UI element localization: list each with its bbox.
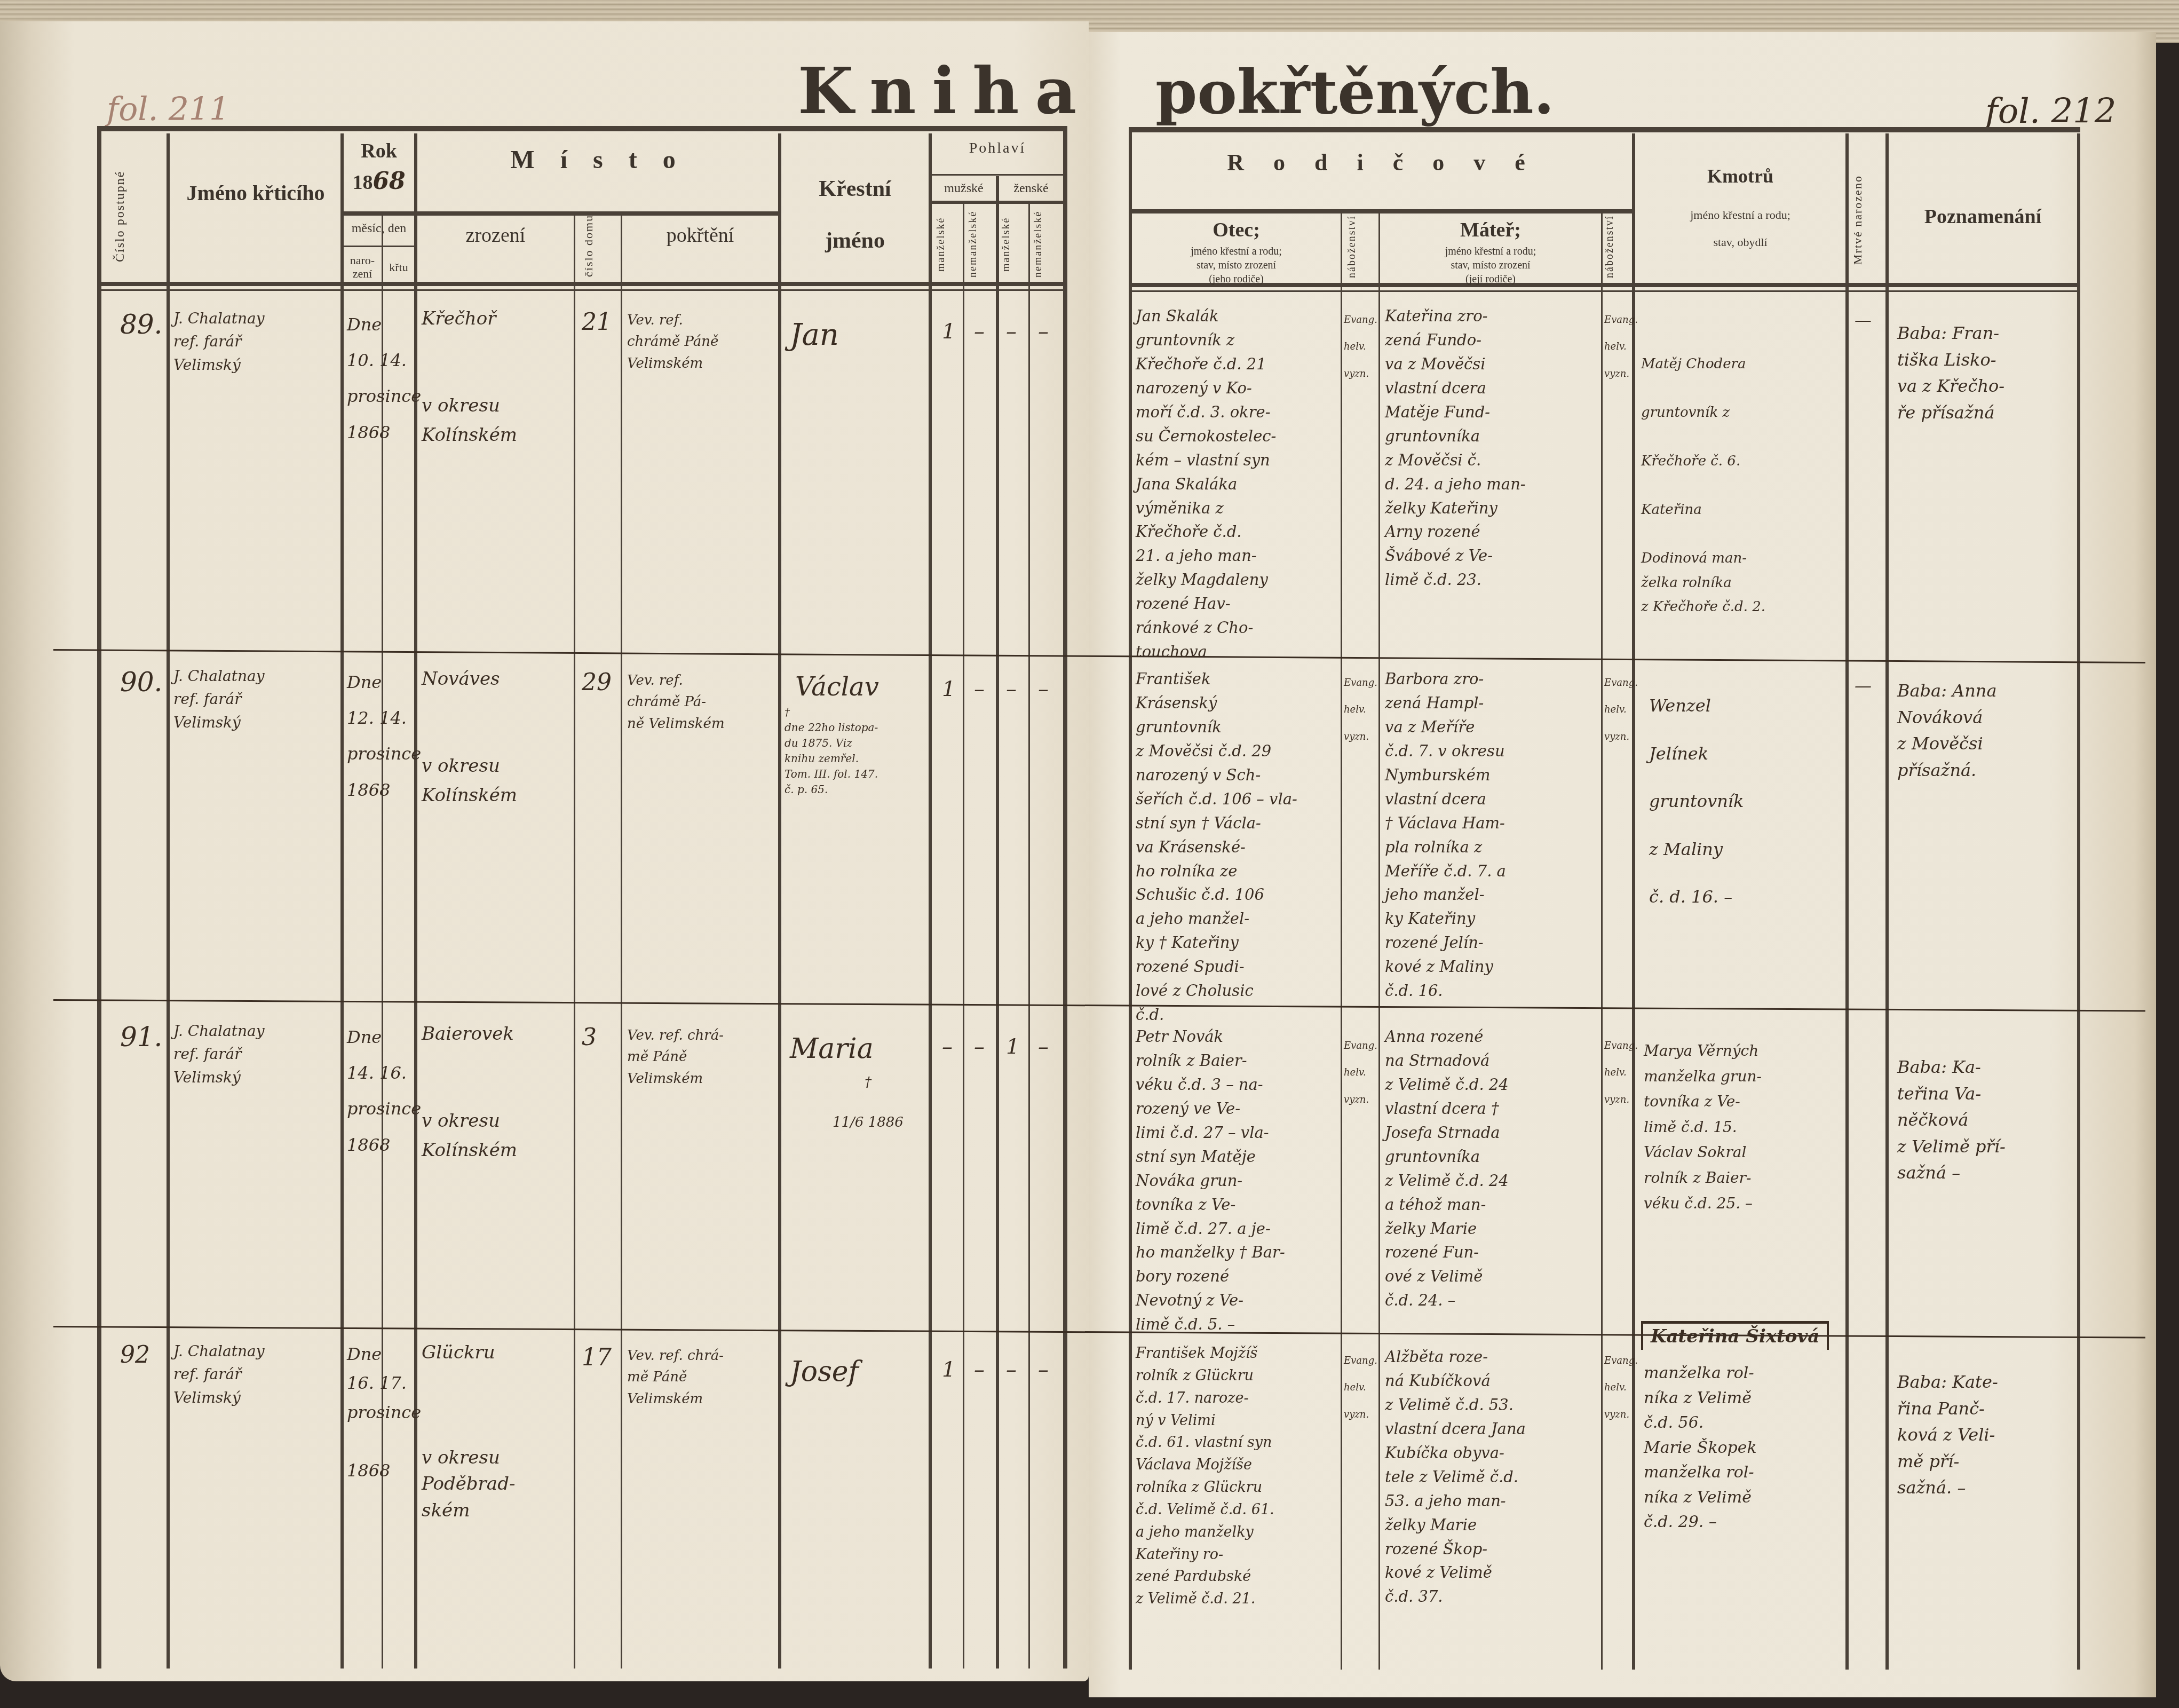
- entry-father: Jan Skalák gruntovník z Křečhoře č.d. 21…: [1136, 304, 1276, 664]
- entry-remarks: Baba: Anna Nováková z Mověčsi přísažná.: [1897, 678, 1997, 784]
- entry-stillborn: —: [1855, 307, 1872, 334]
- entry-birthplace: Nováves v okresu Kolínském: [422, 665, 517, 810]
- header-manzelske-m: manželské: [935, 208, 962, 280]
- entry-father: František Krásenský gruntovník z Mověčsi…: [1136, 667, 1297, 1027]
- sex-legit-male: 1: [942, 1353, 955, 1386]
- sex-legit-male: –: [942, 1030, 953, 1063]
- sex-legit-female: –: [1006, 1353, 1017, 1386]
- header-nabozenstvi-otec: náboženství: [1346, 213, 1375, 280]
- header-otec: Otec;: [1132, 219, 1341, 242]
- header-nabozenstvi-mater: náboženství: [1604, 213, 1630, 280]
- entry-number: 91.: [120, 1017, 163, 1058]
- entry-date: Dne 14. 16. prosince 1868: [347, 1019, 421, 1163]
- entry-mother-religion: Evang. helv. vyzn.: [1604, 1348, 1638, 1428]
- entry-given-name: Jan: [790, 312, 839, 359]
- header-mater: Máteř;: [1380, 219, 1601, 242]
- entry-baptism-place: Vev. ref. chrámě Páně Velimském: [627, 310, 719, 374]
- sex-illegit-male: –: [974, 1030, 985, 1063]
- sex-legit-female: –: [1006, 315, 1017, 348]
- sex-legit-male: 1: [942, 673, 955, 706]
- entry-baptizer: J. Chalatnay ref. farář Velimský: [173, 307, 339, 376]
- entry-godparent-boxed: Kateřina Šixtová: [1641, 1321, 1829, 1350]
- entry-father: František Mojžíš rolník z Glückru č.d. 1…: [1136, 1342, 1274, 1610]
- entry-godparents: Marya Věrných manželka grun- tovníka z V…: [1644, 1038, 1762, 1216]
- header-krtu: křtu: [383, 260, 414, 274]
- entry-birthplace: Křečhoř v okresu Kolínském: [422, 304, 517, 449]
- sex-illegit-female: –: [1038, 1030, 1049, 1063]
- entry-godparents: Matěj Chodera gruntovník z Křečhoře č. 6…: [1641, 352, 1765, 620]
- sex-legit-female: –: [1006, 673, 1017, 706]
- entry-mother-religion: Evang. helv. vyzn.: [1604, 307, 1638, 388]
- header-narozeni: naro- zení: [343, 254, 382, 281]
- header-nemanzelske-z: nemanželské: [1032, 208, 1059, 280]
- entry-baptism-place: Vev. ref. chrá- mě Páně Velimském: [627, 1025, 724, 1089]
- sex-illegit-female: –: [1038, 315, 1049, 348]
- entry-father-religion: Evang. helv. vyzn.: [1344, 1033, 1377, 1113]
- sex-illegit-male: –: [974, 673, 985, 706]
- header-mesic-den: měsíc, den: [344, 222, 414, 236]
- entry-house-number: 29: [582, 665, 612, 701]
- sex-illegit-female: –: [1038, 673, 1049, 706]
- entry-birthplace: Baierovek v okresu Kolínském: [422, 1019, 517, 1165]
- entry-house-number: 3: [582, 1019, 597, 1056]
- header-rok: Rok1868: [344, 140, 414, 200]
- entry-given-name: Maria: [790, 1027, 874, 1071]
- entry-remarks: Baba: Fran- tiška Lisko- va z Křečho- ře…: [1897, 320, 2004, 426]
- entry-birthplace: Glückru v okresu Poděbrad- ském: [422, 1340, 515, 1524]
- header-kmotru-sub: jméno křestní a rodu; stav, obydlí: [1635, 208, 1845, 249]
- entry-given-name-note: † 11/6 1886: [833, 1073, 904, 1133]
- entry-given-name-note: † dne 22ho listopa- du 1875. Viz knihu z…: [785, 705, 878, 797]
- header-rodicove: R o d i č o v é: [1132, 149, 1632, 177]
- entry-house-number: 17: [582, 1340, 612, 1376]
- sex-illegit-male: –: [974, 1353, 985, 1386]
- entry-baptizer: J. Chalatnay ref. farář Velimský: [173, 1019, 264, 1089]
- entry-baptism-place: Vev. ref. chrá- mě Páně Velimském: [627, 1345, 724, 1410]
- header-cislo-postupne: Číslo postupné: [113, 155, 140, 278]
- header-mater-sub: jméno křestní a rodu; stav, místo zrozen…: [1380, 244, 1601, 286]
- header-zrozeni: zrození: [417, 224, 574, 248]
- sex-illegit-male: –: [974, 315, 985, 348]
- entry-stillborn: —: [1855, 673, 1872, 699]
- year-handwritten: 68: [373, 168, 405, 195]
- header-manzelske-z: manželské: [1000, 208, 1027, 280]
- entry-mother: Kateřina zro- zená Fundo- va z Mověčsi v…: [1385, 304, 1526, 592]
- entry-baptizer: J. Chalatnay ref. farář Velimský: [173, 1340, 264, 1409]
- entry-father-religion: Evang. helv. vyzn.: [1344, 307, 1377, 388]
- entry-baptizer: J. Chalatnay ref. farář Velimský: [173, 665, 264, 734]
- header-pohlavi: Pohlaví: [932, 140, 1063, 157]
- header-zenske: ženské: [999, 181, 1063, 196]
- entry-mother: Alžběta roze- ná Kubíčková z Velimě č.d.…: [1385, 1345, 1526, 1609]
- entry-number: 89.: [120, 304, 163, 346]
- entry-father-religion: Evang. helv. vyzn.: [1344, 1348, 1377, 1428]
- title-left: Kniha: [798, 53, 1092, 129]
- entry-godparents: Wenzel Jelínek gruntovník z Maliny č. d.…: [1649, 694, 1744, 909]
- entry-mother-religion: Evang. helv. vyzn.: [1604, 1033, 1638, 1113]
- entry-baptism-place: Vev. ref. chrámě Pá- ně Velimském: [627, 670, 725, 734]
- entry-number: 90.: [120, 662, 163, 703]
- header-otec-sub: jméno křestní a rodu; stav, místo zrozen…: [1132, 244, 1341, 286]
- left-page: [0, 21, 1089, 1681]
- entry-house-number: 21: [582, 304, 612, 341]
- entry-father: Petr Novák rolník z Baier- véku č.d. 3 –…: [1136, 1025, 1285, 1337]
- header-cislo-domu: číslo domu: [582, 213, 614, 278]
- entry-date: Dne 10. 14. prosince 1868: [347, 307, 421, 450]
- entry-mother: Anna rozené na Strnadová z Velimě č.d. 2…: [1385, 1025, 1509, 1312]
- entry-number: 92: [120, 1337, 150, 1373]
- entry-father-religion: Evang. helv. vyzn.: [1344, 670, 1377, 750]
- entry-date: Dne 16. 17. prosince 1868: [347, 1340, 421, 1485]
- header-jmeno-krticiho: Jméno křticího: [171, 171, 340, 216]
- entry-date: Dne 12. 14. prosince 1868: [347, 665, 421, 808]
- sex-legit-male: 1: [942, 315, 955, 348]
- entry-given-name: Václav: [795, 667, 879, 707]
- entry-mother: Barbora zro- zená Hampl- va z Meříře č.d…: [1385, 667, 1506, 1003]
- header-krestni-jmeno: Křestní jméno: [781, 176, 929, 254]
- entry-godparents: manželka rol- níka z Velimě č.d. 56. Mar…: [1644, 1361, 1757, 1535]
- header-muzske: mužské: [932, 181, 996, 196]
- header-pokrteni: pokřtění: [622, 224, 778, 248]
- title-right: pokřtěných.: [1155, 58, 1555, 128]
- entry-remarks: Baba: Kate- řina Panč- ková z Veli- mě p…: [1897, 1369, 1998, 1501]
- faded-folio-mark: fol. 211: [107, 91, 229, 128]
- header-nemanzelske-m: nemanželské: [967, 208, 994, 280]
- header-mrtve-narozeno: Mrtvé narozeno: [1851, 160, 1883, 280]
- header-kmotru: Kmotrů: [1635, 165, 1845, 187]
- header-poznamenani: Poznamenání: [1889, 205, 2077, 229]
- entry-remarks: Baba: Ka- teřina Va- něčková z Velimě př…: [1897, 1054, 2006, 1187]
- sex-legit-female: 1: [1006, 1030, 1019, 1063]
- entry-mother-religion: Evang. helv. vyzn.: [1604, 670, 1638, 750]
- entry-given-name: Josef: [790, 1350, 859, 1394]
- sex-illegit-female: –: [1038, 1353, 1049, 1386]
- header-misto: M í s t o: [417, 145, 778, 175]
